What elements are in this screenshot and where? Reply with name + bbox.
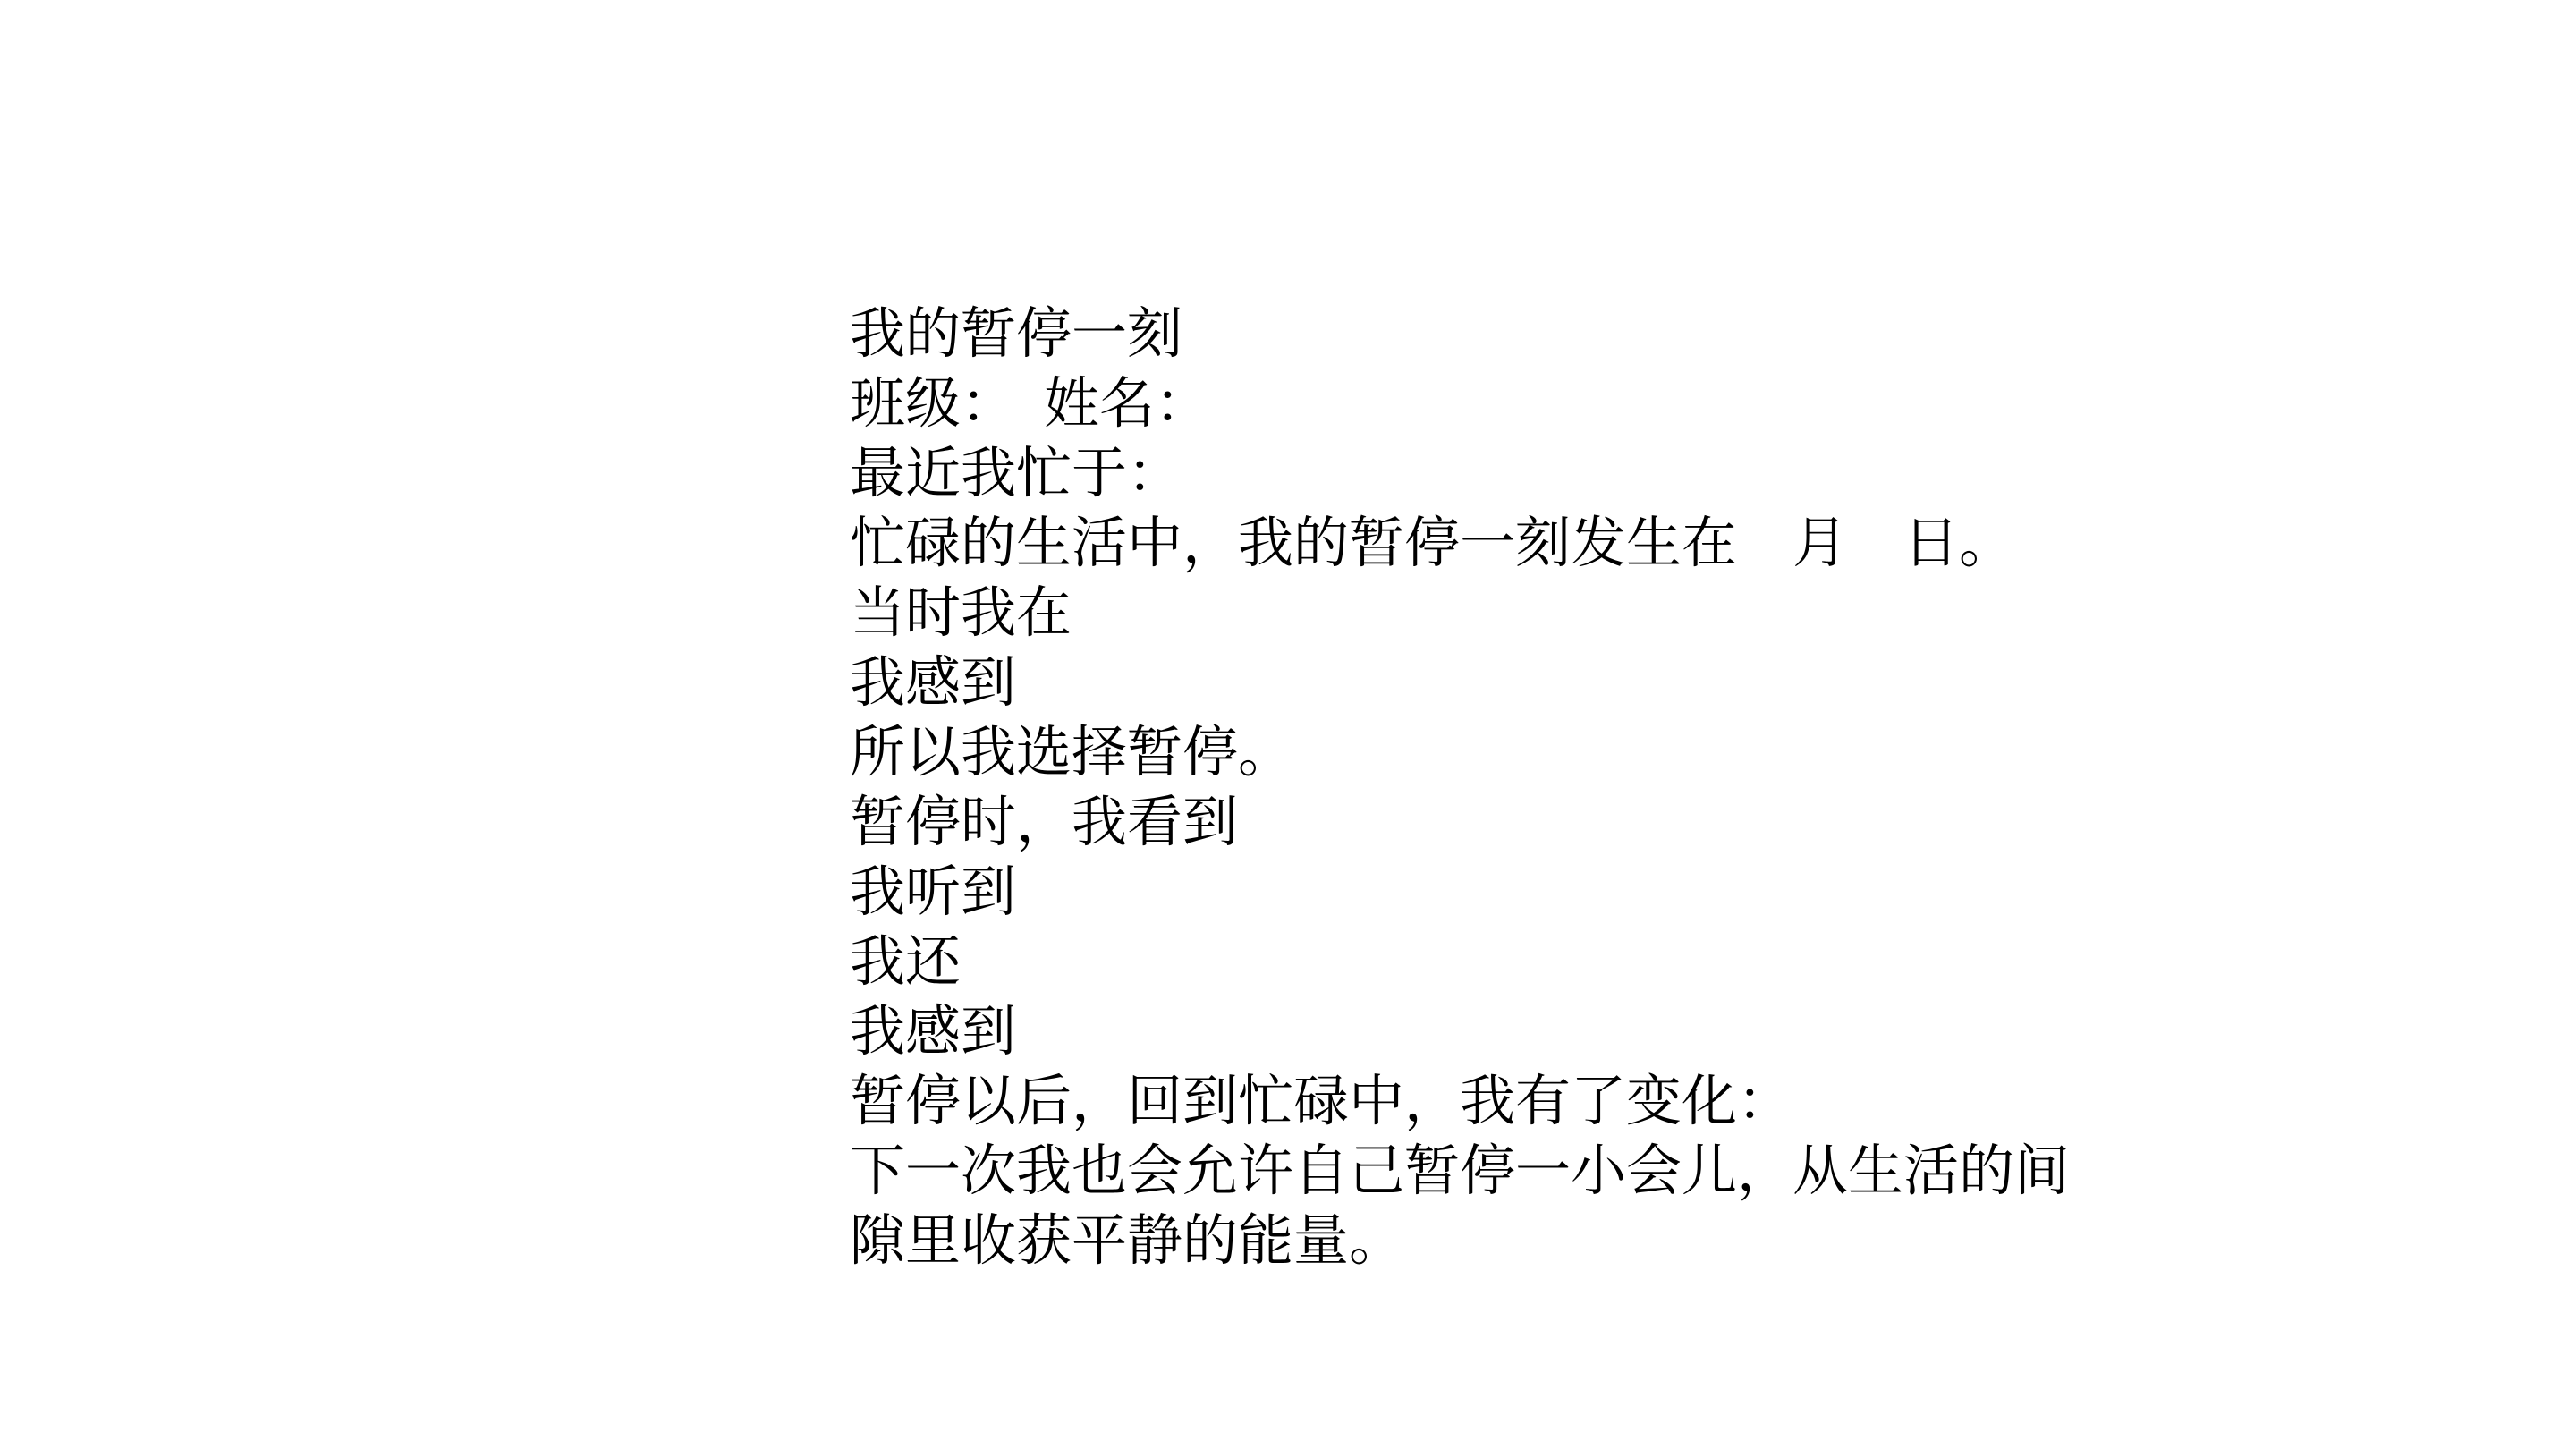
text-line: 我还 [850,927,2191,996]
text-line: 我感到 [850,996,2191,1066]
text-line: 下一次我也会允许自己暂停一小会儿，从生活的间 [850,1136,2191,1206]
document-page: 我的暂停一刻 班级： 姓名： 最近我忙于： 忙碌的生活中，我的暂停一刻发生在 月… [0,0,2576,1449]
text-line: 所以我选择暂停。 [850,717,2191,787]
text-line: 隙里收获平静的能量。 [850,1206,2191,1275]
text-line: 我感到 [850,648,2191,717]
class-name-line: 班级： 姓名： [850,369,2191,438]
title-line: 我的暂停一刻 [850,299,2191,369]
text-line: 我听到 [850,857,2191,927]
text-line: 暂停时，我看到 [850,787,2191,857]
text-line: 暂停以后，回到忙碌中，我有了变化： [850,1066,2191,1136]
worksheet-text-block: 我的暂停一刻 班级： 姓名： 最近我忙于： 忙碌的生活中，我的暂停一刻发生在 月… [850,299,2191,1275]
text-line: 忙碌的生活中，我的暂停一刻发生在 月 日。 [850,508,2191,578]
text-line: 当时我在 [850,578,2191,648]
text-line: 最近我忙于： [850,438,2191,508]
